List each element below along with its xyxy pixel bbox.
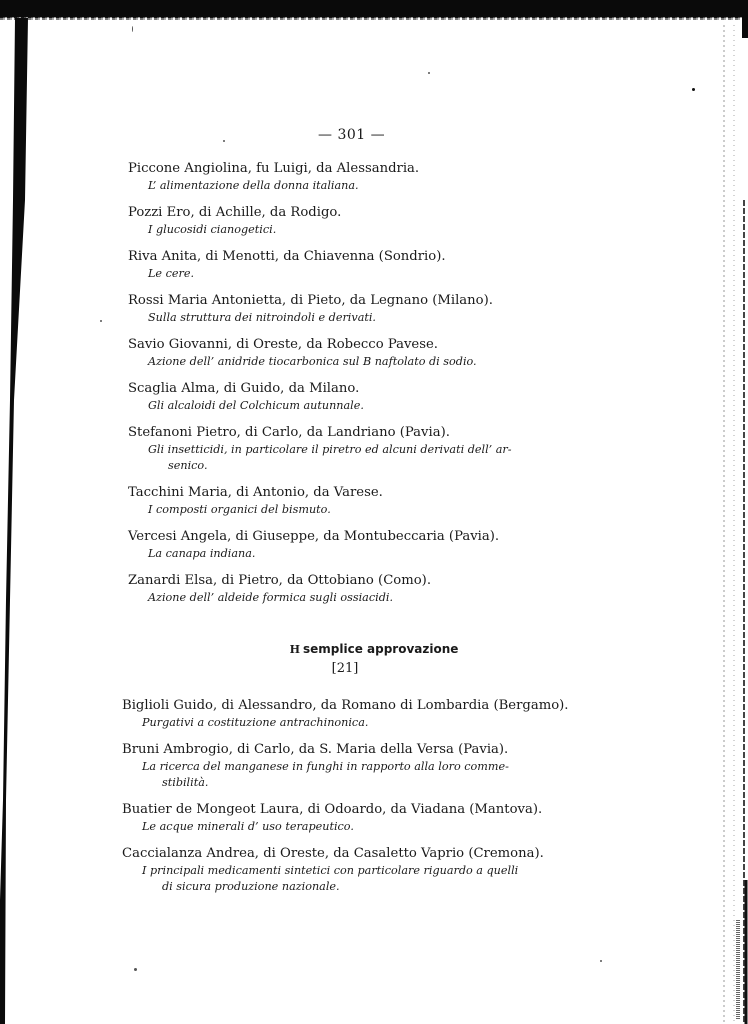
- thesis-title: Purgativi a costituzione antrachinonica.: [122, 715, 552, 731]
- thesis-list-approved: Piccone Angiolina, fu Luigi, da Alessand…: [128, 160, 558, 616]
- scan-speck: [428, 72, 430, 74]
- graduate-name: Vercesi Angela, di Giuseppe, da Montubec…: [128, 528, 558, 546]
- thesis-title: La canapa indiana.: [128, 546, 558, 562]
- list-item: Buatier de Mongeot Laura, di Odoardo, da…: [122, 801, 552, 835]
- list-item: Rossi Maria Antonietta, di Pieto, da Leg…: [128, 292, 558, 326]
- graduate-name: Bruni Ambrogio, di Carlo, da S. Maria de…: [122, 741, 552, 759]
- graduate-name: Caccialanza Andrea, di Oreste, da Casale…: [122, 845, 552, 863]
- scan-speck: [692, 88, 695, 91]
- thesis-title: L’ alimentazione della donna italiana.: [128, 178, 558, 194]
- graduate-name: Biglioli Guido, di Alessandro, da Romano…: [122, 697, 552, 715]
- list-item: Riva Anita, di Menotti, da Chiavenna (So…: [128, 248, 558, 282]
- graduate-name: Scaglia Alma, di Guido, da Milano.: [128, 380, 558, 398]
- thesis-title: Le acque minerali d’ uso terapeutico.: [122, 819, 552, 835]
- thesis-list-simple-approval: Biglioli Guido, di Alessandro, da Romano…: [122, 697, 552, 905]
- graduate-name: Riva Anita, di Menotti, da Chiavenna (So…: [128, 248, 558, 266]
- scan-left-binding-shadow: [0, 0, 30, 1024]
- graduate-name: Stefanoni Pietro, di Carlo, da Landriano…: [128, 424, 558, 442]
- scan-top-edge-noise: [0, 17, 748, 20]
- graduate-name: Piccone Angiolina, fu Luigi, da Alessand…: [128, 160, 558, 178]
- list-item: Piccone Angiolina, fu Luigi, da Alessand…: [128, 160, 558, 194]
- thesis-title: Sulla struttura dei nitroindoli e deriva…: [128, 310, 558, 326]
- graduate-name: Pozzi Ero, di Achille, da Rodigo.: [128, 204, 558, 222]
- graduate-name: Savio Giovanni, di Oreste, da Robecco Pa…: [128, 336, 558, 354]
- thesis-title: Le cere.: [128, 266, 558, 282]
- thesis-title: Azione dell’ aldeide formica sugli ossia…: [128, 590, 558, 606]
- section-heading-text: semplice approvazione: [303, 642, 458, 656]
- scan-speck: [223, 140, 225, 142]
- thesis-title: I glucosidi cianogetici.: [128, 222, 558, 238]
- thesis-title-continuation: senico.: [148, 458, 558, 474]
- scan-top-border: [0, 0, 748, 18]
- list-item: Biglioli Guido, di Alessandro, da Romano…: [122, 697, 552, 731]
- page-number: — 301 —: [318, 127, 385, 143]
- thesis-title: Gli alcaloidi del Colchicum autunnale.: [128, 398, 558, 414]
- list-item: Bruni Ambrogio, di Carlo, da S. Maria de…: [122, 741, 552, 791]
- graduate-name: Buatier de Mongeot Laura, di Odoardo, da…: [122, 801, 552, 819]
- list-item: Zanardi Elsa, di Pietro, da Ottobiano (C…: [128, 572, 558, 606]
- scan-speck: [134, 968, 137, 971]
- scan-speck: [132, 26, 133, 32]
- list-item: Tacchini Maria, di Antonio, da Varese. I…: [128, 484, 558, 518]
- list-item: Stefanoni Pietro, di Carlo, da Landriano…: [128, 424, 558, 474]
- list-item: Pozzi Ero, di Achille, da Rodigo. I gluc…: [128, 204, 558, 238]
- section-heading: Hsemplice approvazione: [0, 642, 748, 656]
- graduate-name: Tacchini Maria, di Antonio, da Varese.: [128, 484, 558, 502]
- list-item: Caccialanza Andrea, di Oreste, da Casale…: [122, 845, 552, 895]
- thesis-title: I composti organici del bismuto.: [128, 502, 558, 518]
- list-item: Savio Giovanni, di Oreste, da Robecco Pa…: [128, 336, 558, 370]
- graduate-name: Zanardi Elsa, di Pietro, da Ottobiano (C…: [128, 572, 558, 590]
- list-item: Vercesi Angela, di Giuseppe, da Montubec…: [128, 528, 558, 562]
- list-item: Scaglia Alma, di Guido, da Milano. Gli a…: [128, 380, 558, 414]
- scan-right-page-edge: [720, 20, 748, 1024]
- thesis-title-continuation: stibilità.: [142, 775, 552, 791]
- thesis-title-continuation: di sicura produzione nazionale.: [142, 879, 552, 895]
- section-count: [21]: [0, 661, 690, 676]
- graduate-name: Rossi Maria Antonietta, di Pieto, da Leg…: [128, 292, 558, 310]
- thesis-title: La ricerca del manganese in funghi in ra…: [122, 759, 552, 791]
- thesis-title: Azione dell’ anidride tiocarbonica sul B…: [128, 354, 558, 370]
- section-heading-letter: H: [290, 643, 300, 656]
- thesis-title: Gli insetticidi, in particolare il piret…: [128, 442, 558, 474]
- scan-speck: [600, 960, 602, 962]
- scan-speck: [100, 320, 102, 322]
- thesis-title: I principali medicamenti sintetici con p…: [122, 863, 552, 895]
